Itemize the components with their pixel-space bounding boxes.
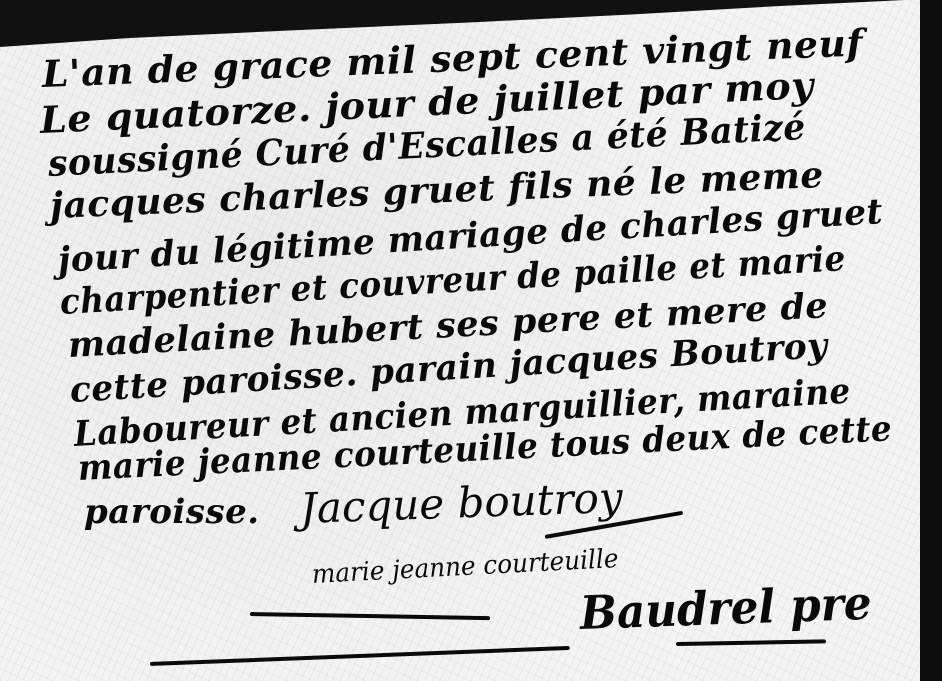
binding-shadow	[920, 0, 942, 681]
signature-priest: Baudrel pre	[579, 576, 872, 640]
document-page: L'an de grace mil sept cent vingt neuf L…	[0, 0, 942, 681]
record-line-11: paroisse.	[84, 492, 260, 532]
